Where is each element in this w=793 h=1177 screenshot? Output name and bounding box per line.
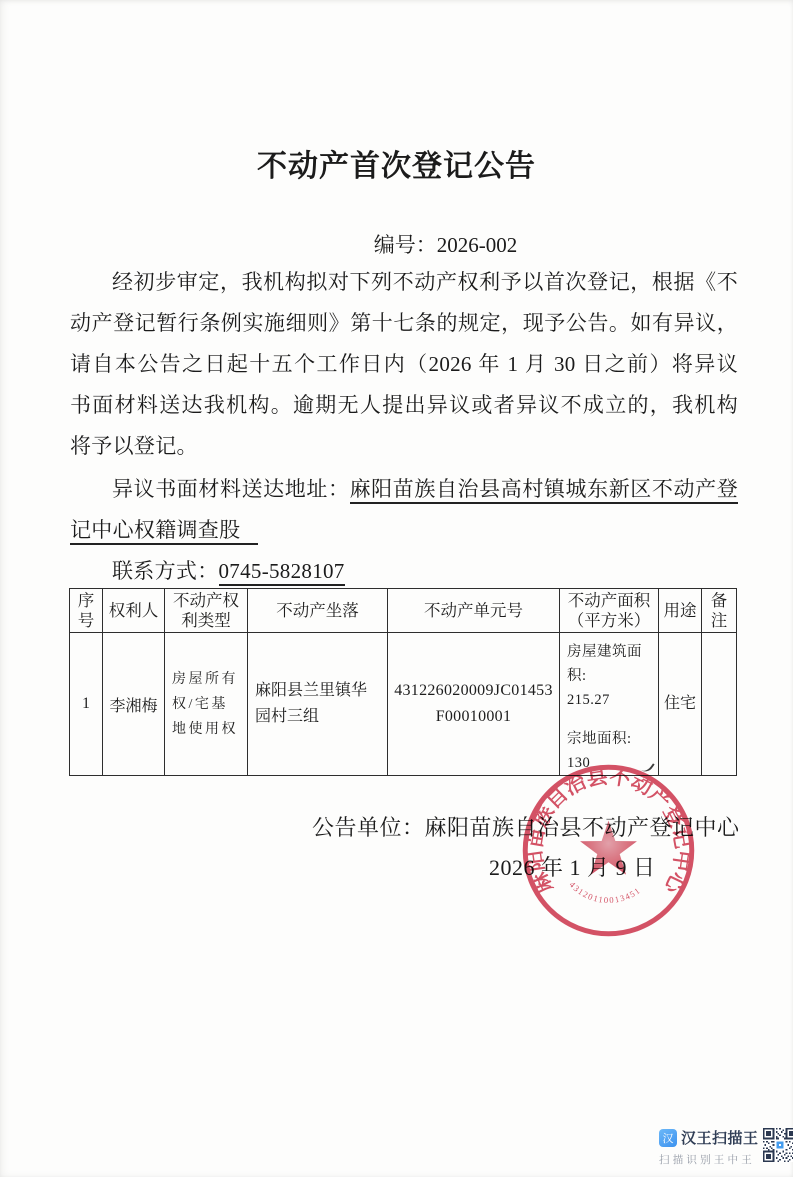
cell-right-type: 房屋所有权/宅基地使用权 xyxy=(165,633,248,776)
page-title: 不动产首次登记公告 xyxy=(0,141,793,185)
header-location: 不动产坐落 xyxy=(248,589,388,633)
delivery-address-line: 记中心权籍调查股 xyxy=(70,510,738,551)
scanner-app-name: 汉王扫描王 xyxy=(681,1127,759,1148)
doc-number: 编号：2026-002 xyxy=(0,229,793,259)
building-area-value: 215.27 xyxy=(567,688,653,712)
delivery-address-line: 异议书面材料送达地址：麻阳苗族自治县高村镇城东新区不动产登 xyxy=(70,469,738,510)
delivery-address-label: 异议书面材料送达地址： xyxy=(112,477,350,501)
unit-no-line: F00010001 xyxy=(392,704,555,730)
delivery-address-underlined: 麻阳苗族自治县高村镇城东新区不动产登 xyxy=(350,477,738,504)
cell-usage: 住宅 xyxy=(659,633,702,776)
official-seal: 麻阳苗族自治县不动产登记中心 43120110013451 xyxy=(518,760,699,941)
header-right-type: 不动产权利类型 xyxy=(165,589,248,633)
cell-note xyxy=(702,633,737,776)
contact-label: 联系方式： xyxy=(112,559,219,583)
header-usage: 用途 xyxy=(659,589,702,633)
cell-holder: 李湘梅 xyxy=(103,633,165,776)
scanned-announcement-page: 不动产首次登记公告 编号：2026-002 经初步审定，我机构拟对下列不动产权利… xyxy=(0,0,793,1177)
building-area-label: 房屋建筑面积: xyxy=(567,640,653,688)
scanner-watermark: 汉 汉王扫描王 扫描识别王中王 xyxy=(659,1127,793,1167)
body-line: 经初步审定，我机构拟对下列不动产权利予以首次登记，根据《不 xyxy=(70,262,738,303)
cell-seq: 1 xyxy=(70,633,103,776)
qr-code xyxy=(763,1128,793,1162)
body-text: 经初步审定，我机构拟对下列不动产权利予以首次登记，根据《不 动产登记暂行条例实施… xyxy=(70,262,738,592)
watermark-text-block: 汉 汉王扫描王 扫描识别王中王 xyxy=(659,1127,759,1167)
header-seq: 序号 xyxy=(70,589,103,633)
scanner-tagline: 扫描识别王中王 xyxy=(659,1152,759,1167)
body-line: 将予以登记。 xyxy=(70,426,738,467)
header-note: 备注 xyxy=(702,589,737,633)
svg-text:43120110013451: 43120110013451 xyxy=(567,879,642,905)
seal-serial-number: 43120110013451 xyxy=(567,879,642,905)
header-area: 不动产面积（平方米） xyxy=(560,589,659,633)
table-header-row: 序号 权利人 不动产权利类型 不动产坐落 不动产单元号 不动产面积（平方米） 用… xyxy=(70,589,737,633)
header-holder: 权利人 xyxy=(103,589,165,633)
star-icon xyxy=(580,821,637,875)
cell-location: 麻阳县兰里镇华园村三组 xyxy=(248,633,388,776)
cell-unit-no: 431226020009JC01453 F00010001 xyxy=(388,633,560,776)
registration-table: 序号 权利人 不动产权利类型 不动产坐落 不动产单元号 不动产面积（平方米） 用… xyxy=(69,588,737,776)
table-row: 1 李湘梅 房屋所有权/宅基地使用权 麻阳县兰里镇华园村三组 431226020… xyxy=(70,633,737,776)
contact-line: 联系方式：0745-5828107 xyxy=(70,551,738,592)
contact-phone: 0745-5828107 xyxy=(219,559,345,586)
delivery-address-underlined: 记中心权籍调查股 xyxy=(70,518,258,545)
body-line: 动产登记暂行条例实施细则》第十七条的规定，现予公告。如有异议， xyxy=(70,303,738,344)
body-line: 请自本公告之日起十五个工作日内（2026 年 1 月 30 日之前）将异议 xyxy=(70,344,738,385)
hanvon-logo-icon: 汉 xyxy=(659,1129,677,1147)
header-unit-no: 不动产单元号 xyxy=(388,589,560,633)
unit-no-line: 431226020009JC01453 xyxy=(392,678,555,704)
cell-area: 房屋建筑面积: 215.27 宗地面积: 130 xyxy=(560,633,659,776)
body-line: 书面材料送达我机构。逾期无人提出异议或者异议不成立的，我机构 xyxy=(70,385,738,426)
